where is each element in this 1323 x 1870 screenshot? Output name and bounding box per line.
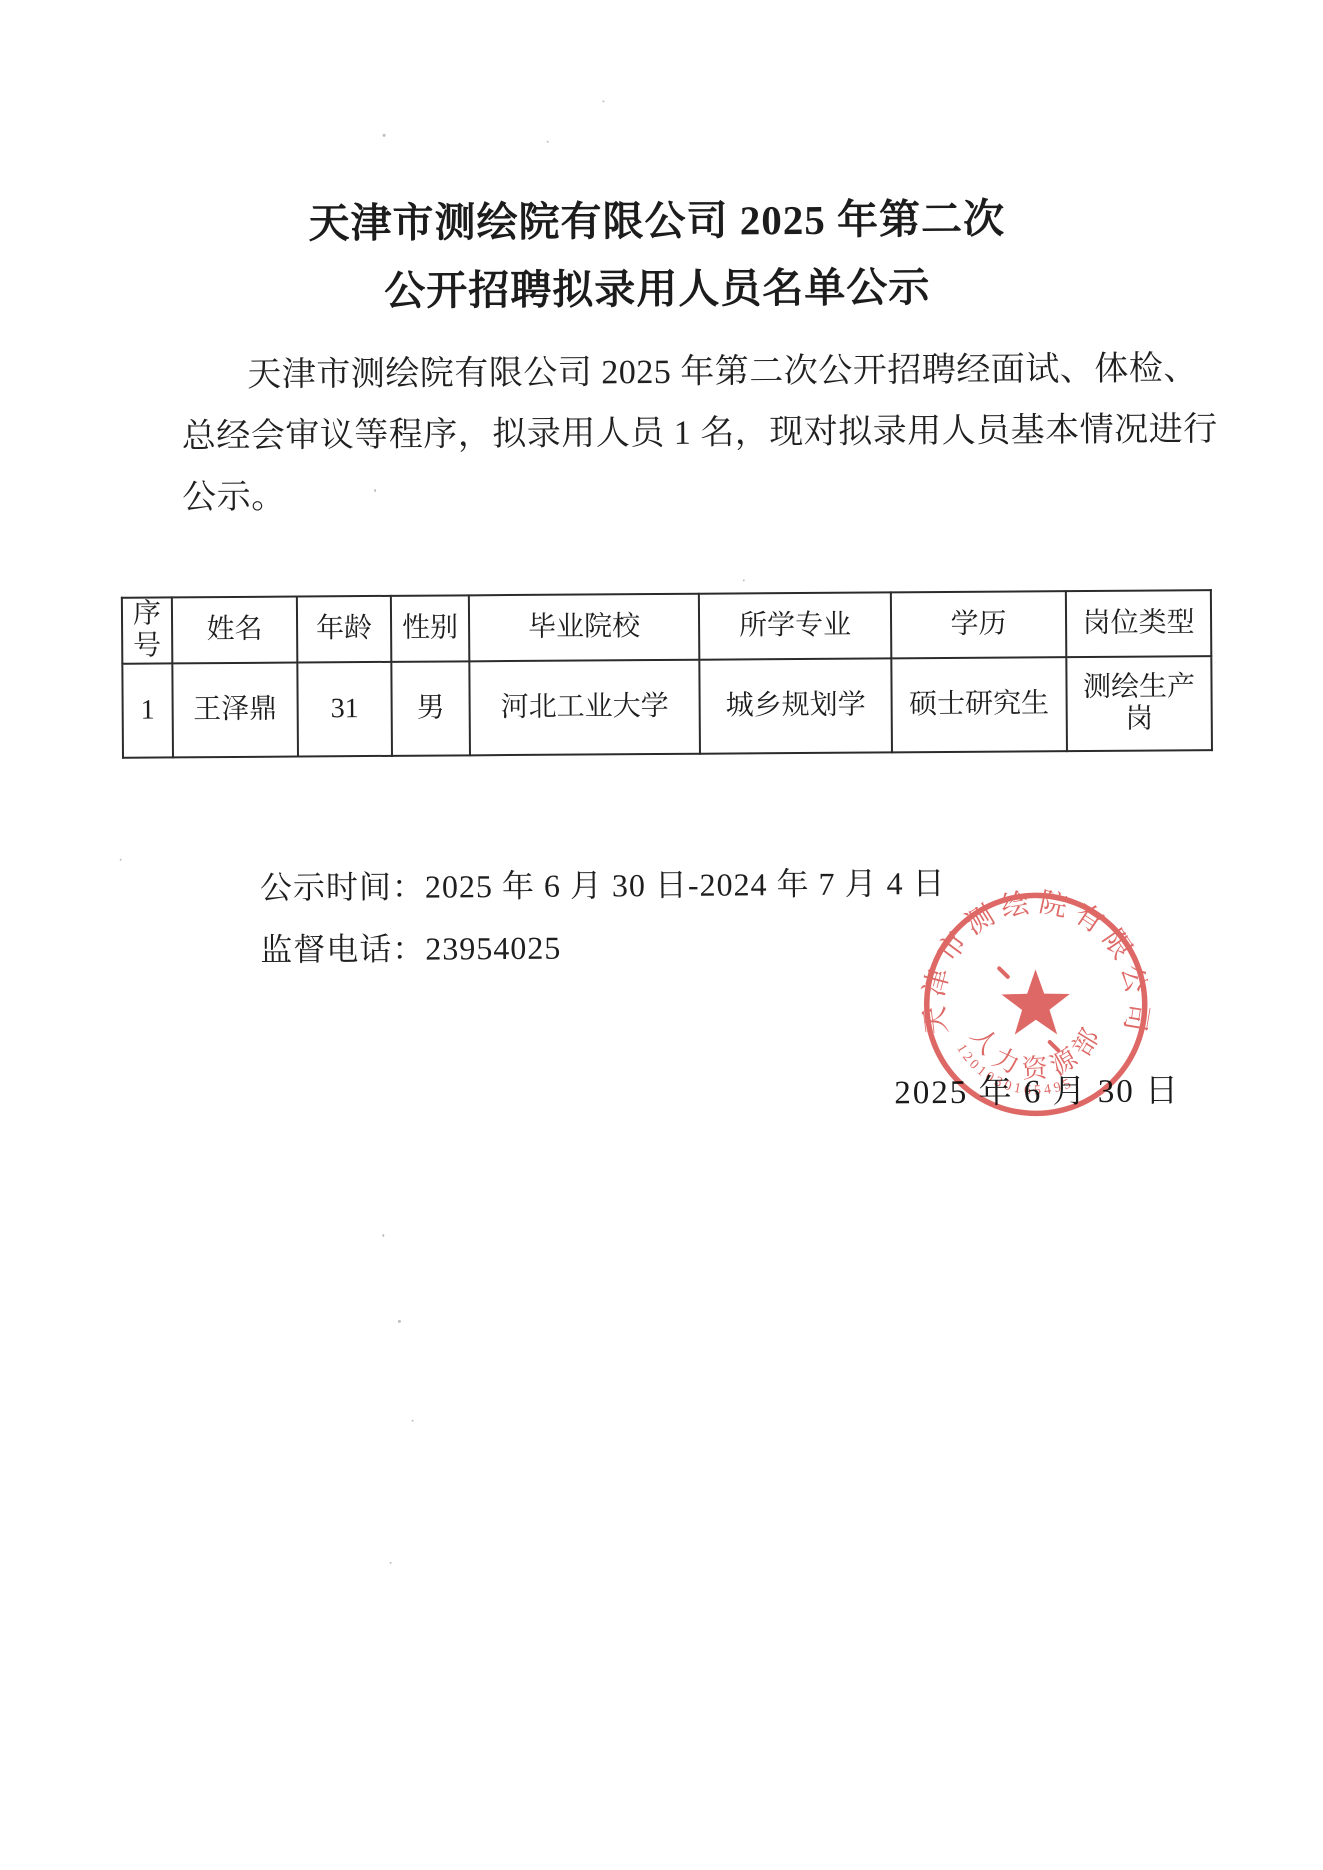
cell-serial-no: 1: [122, 663, 173, 757]
col-header-gender: 性别: [391, 595, 469, 662]
seal-dash-left: [996, 966, 1010, 980]
col-header-degree: 学历: [891, 591, 1066, 658]
col-header-school: 毕业院校: [469, 594, 699, 662]
col-header-position-type: 岗位类型: [1066, 590, 1211, 657]
scan-speck: [374, 489, 376, 492]
cell-major: 城乡规划学: [699, 658, 892, 753]
cell-school: 河北工业大学: [469, 660, 700, 756]
col-header-name: 姓名: [172, 597, 297, 664]
scan-speck: [602, 100, 604, 102]
candidates-table: 序号 姓名 年龄 性别 毕业院校 所学专业 学历 岗位类型 1 王泽鼎 31 男…: [121, 589, 1213, 759]
scan-speck: [120, 859, 122, 861]
col-header-serial-no: 序号: [122, 597, 172, 663]
document-page: 天津市测绘院有限公司 2025 年第二次 公开招聘拟录用人员名单公示 天津市测绘…: [0, 0, 1323, 1870]
scan-speck: [390, 1562, 392, 1564]
cell-position-type: 测绘生产岗: [1066, 656, 1212, 751]
table-header-row: 序号 姓名 年龄 性别 毕业院校 所学专业 学历 岗位类型: [122, 590, 1211, 664]
publicity-time-line: 公示时间：2025 年 6 月 30 日-2024 年 7 月 4 日: [260, 858, 946, 909]
scan-speck: [383, 134, 386, 137]
scan-speck: [412, 1420, 414, 1422]
col-header-age: 年龄: [297, 596, 391, 663]
scan-speck: [743, 579, 745, 581]
scan-speck: [398, 1320, 401, 1323]
company-seal-stamp: 天津市测绘院有限公司 人力资源部 1201030165495: [915, 884, 1157, 1126]
col-header-major: 所学专业: [699, 592, 891, 659]
seal-star-icon: [1001, 969, 1070, 1035]
cell-name: 王泽鼎: [172, 663, 298, 758]
scan-speck: [547, 141, 549, 143]
cell-gender: 男: [391, 661, 470, 756]
scanned-content: 天津市测绘院有限公司 2025 年第二次 公开招聘拟录用人员名单公示 天津市测绘…: [0, 0, 1323, 1870]
body-paragraph-line3: 公示。: [182, 469, 286, 519]
cell-degree: 硕士研究生: [891, 657, 1067, 752]
document-title-line1: 天津市测绘院有限公司 2025 年第二次: [0, 183, 1318, 251]
body-paragraph-line1: 天津市测绘院有限公司 2025 年第二次公开招聘经面试、体检、: [181, 340, 1198, 396]
scan-speck: [382, 1234, 384, 1237]
body-paragraph-line2: 总经会审议等程序，拟录用人员 1 名，现对拟录用人员基本情况进行: [182, 401, 1218, 457]
table-row: 1 王泽鼎 31 男 河北工业大学 城乡规划学 硕士研究生 测绘生产岗: [122, 656, 1212, 758]
document-title-line2: 公开招聘拟录用人员名单公示: [0, 251, 1319, 319]
supervision-phone-line: 监督电话：23954025: [260, 923, 561, 971]
cell-age: 31: [297, 662, 392, 757]
